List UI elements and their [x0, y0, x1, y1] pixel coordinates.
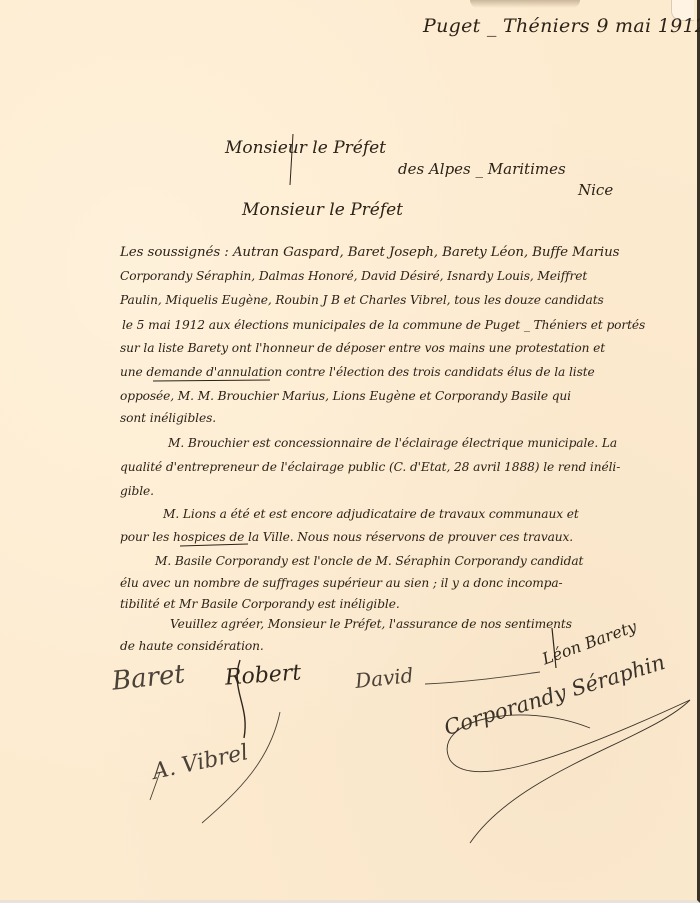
body-line: M. Brouchier est concessionnaire de l'éc…	[168, 437, 617, 449]
body-line: une demande d'annulation contre l'électi…	[120, 366, 595, 378]
body-line: élu avec un nombre de suffrages supérieu…	[120, 577, 563, 589]
closing-line: de haute considération.	[120, 640, 264, 652]
body-line: M. Lions a été et est encore adjudicatai…	[163, 508, 579, 520]
paper-stain	[470, 0, 580, 8]
salutation: Monsieur le Préfet	[242, 202, 403, 219]
address-line-2: des Alpes _ Maritimes	[398, 162, 566, 177]
letter-page: Puget _ Théniers 9 mai 1912 Monsieur le …	[0, 0, 700, 903]
body-line: gible.	[120, 485, 154, 497]
signature-david: David	[354, 665, 414, 691]
body-line: M. Basile Corporandy est l'oncle de M. S…	[155, 555, 583, 567]
address-line-1: Monsieur le Préfet	[225, 140, 386, 157]
signature-baret: Baret	[111, 661, 186, 694]
body-line: Les soussignés : Autran Gaspard, Baret J…	[120, 246, 619, 259]
body-line: Corporandy Séraphin, Dalmas Honoré, Davi…	[120, 270, 587, 282]
body-line: Paulin, Miquelis Eugène, Roubin J B et C…	[120, 294, 604, 306]
dateline: Puget _ Théniers 9 mai 1912	[423, 17, 700, 36]
body-line: sur la liste Barety ont l'honneur de dép…	[120, 342, 605, 354]
body-line: pour les hospices de la Ville. Nous nous…	[120, 531, 573, 543]
address-line-3: Nice	[578, 183, 613, 198]
body-line: opposée, M. M. Brouchier Marius, Lions E…	[120, 390, 571, 402]
closing-line: Veuillez agréer, Monsieur le Préfet, l'a…	[170, 618, 572, 630]
body-line: le 5 mai 1912 aux élections municipales …	[122, 319, 645, 331]
body-line: qualité d'entrepreneur de l'éclairage pu…	[120, 461, 620, 473]
signature-flourishes	[0, 0, 700, 903]
signature-vibrel: A. Vibrel	[151, 742, 251, 784]
signature-robert: Robert	[224, 662, 302, 689]
body-line: tibilité et Mr Basile Corporandy est iné…	[120, 598, 400, 610]
body-line: sont inéligibles.	[120, 412, 216, 424]
